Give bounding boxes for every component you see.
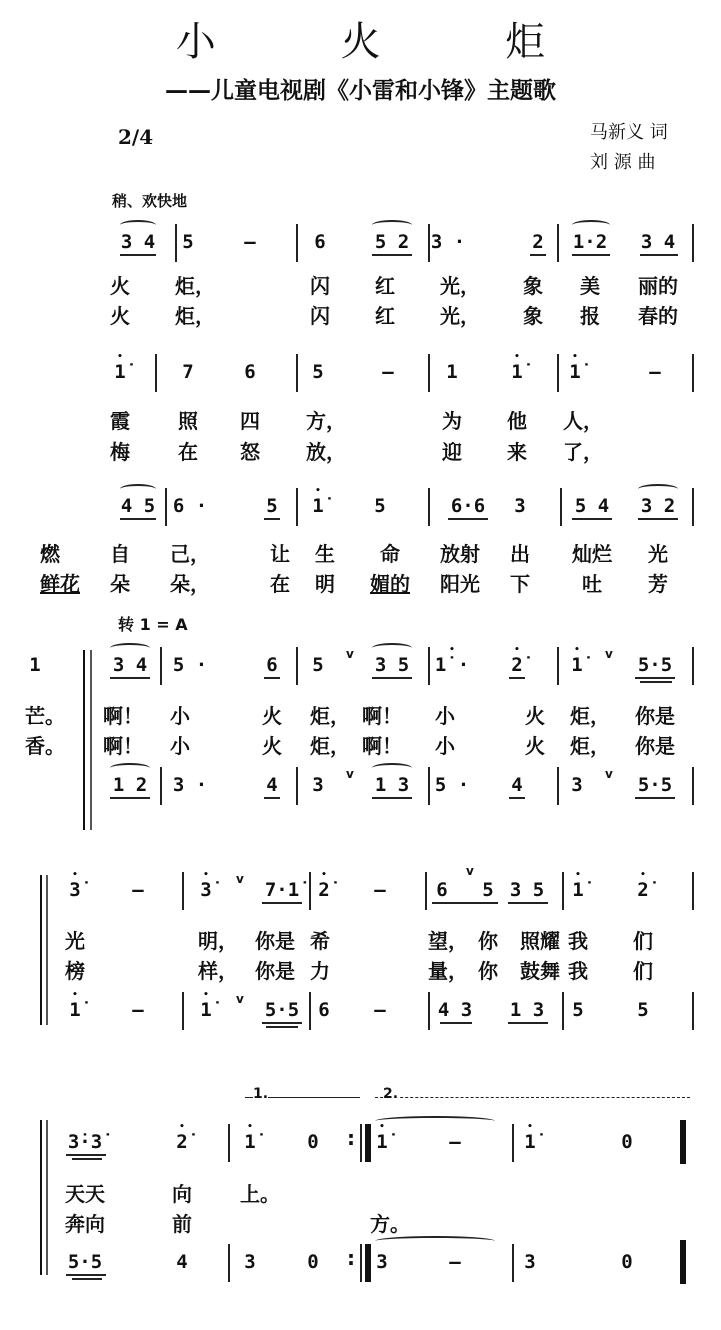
note: 6 [266, 645, 277, 685]
lyric-syllable: 照 [178, 405, 198, 434]
lyric-syllable: 红 [375, 270, 395, 299]
barline [160, 647, 162, 685]
beam-underline [508, 1022, 548, 1024]
breath-mark: v [605, 767, 613, 781]
note: 6 · [173, 486, 207, 526]
beam-underline [72, 1278, 102, 1280]
note: 0 [621, 1242, 632, 1282]
volta-1: 1. [245, 1097, 360, 1114]
thick-barline [365, 1124, 371, 1162]
note: 3 [376, 1242, 387, 1282]
note: 3 4 [641, 222, 675, 262]
lyric-syllable: 力 [310, 955, 330, 984]
lyric-syllable: 炬， [570, 700, 610, 729]
time-signature: 2/4 [118, 125, 153, 149]
barline [428, 354, 430, 392]
lyric-syllable: 鼓舞 [520, 955, 560, 984]
barline [692, 992, 694, 1030]
barline [155, 354, 157, 392]
lyric-syllable: 方。 [370, 1208, 410, 1237]
note: 1̇ [312, 486, 323, 526]
note: — [382, 352, 393, 392]
thick-barline [680, 1240, 686, 1284]
beam-underline [640, 254, 678, 256]
slur-arc [372, 763, 412, 773]
barline [165, 488, 167, 526]
beam-underline [264, 797, 280, 799]
note: 1̇ [571, 645, 582, 685]
thick-barline [680, 1120, 686, 1164]
slur-arc [375, 1236, 495, 1246]
lyric-syllable: 怒 [240, 436, 260, 465]
system-5-lower-notes: 1̇ — 1̇ v 5·5 6 — 4 3 1 3 5 5 [0, 990, 721, 1030]
barline [296, 767, 298, 805]
barline [309, 872, 311, 910]
lyric-syllable: 量， [428, 955, 468, 984]
note: 5 [312, 352, 323, 392]
slur-arc [372, 643, 412, 653]
note: 0 [307, 1242, 318, 1282]
lyric-syllable: 象 [523, 270, 543, 299]
barline [692, 224, 694, 262]
barline [512, 1124, 514, 1162]
barline [692, 354, 694, 392]
barline [182, 992, 184, 1030]
note: 1̇ [511, 352, 522, 392]
lyric-syllable: 我 [568, 925, 588, 954]
song-title: 小 火 炬 [0, 10, 721, 67]
composer-credit: 刘 源 曲 [590, 148, 655, 174]
lyric-syllable: 闪 [310, 300, 330, 329]
lyric-syllable: 小 [170, 730, 190, 759]
tempo-marking: 稍、欢快地 [112, 190, 187, 211]
lyric-syllable: 媚的 [370, 568, 410, 597]
lyric-syllable: 在 [178, 436, 198, 465]
note: 5·5 [638, 765, 672, 805]
note: — [374, 990, 385, 1030]
system-1-verse-2: 火 炬， 闪 红 光， 象 报 春的 [0, 300, 721, 324]
lyric-syllable: 霞 [110, 405, 130, 434]
barline [557, 767, 559, 805]
note: 7 [182, 352, 193, 392]
barline [562, 992, 564, 1030]
lyric-syllable: 火 [110, 270, 130, 299]
beam-underline [110, 797, 150, 799]
note: 4 3 [438, 990, 472, 1030]
note: 0 [621, 1122, 632, 1162]
lyric-syllable: 让 [270, 538, 290, 567]
breath-mark: v [236, 872, 244, 886]
barline [296, 354, 298, 392]
barline [160, 767, 162, 805]
lyric-syllable: 自 [110, 538, 130, 567]
barline [692, 872, 694, 910]
beam-underline [572, 518, 612, 520]
beam-underline [508, 902, 548, 904]
system-2-verse-1: 霞 照 四 方， 为 他 人， [0, 405, 721, 429]
lyric-syllable: 火 [262, 730, 282, 759]
beam-underline [635, 797, 675, 799]
lyric-syllable: 炬， [310, 730, 350, 759]
beam-underline [120, 518, 156, 520]
lyric-syllable: 命 [380, 538, 400, 567]
note: 2̇ [511, 645, 522, 685]
system-6-upper-notes: 3̇·3̇ 2̇ 1̇ 0 : 1̇ — 1̇ 0 [0, 1122, 721, 1162]
key-change-marking: 转 1 = A [118, 612, 188, 635]
note: 5 [572, 990, 583, 1030]
lyric-syllable: 小 [435, 730, 455, 759]
lyric-syllable: 四 [240, 405, 260, 434]
note: 5 [312, 645, 323, 685]
volta-2: 2. [375, 1097, 690, 1114]
lyric-syllable: 光 [648, 538, 668, 567]
beam-underline [372, 797, 412, 799]
barline [296, 488, 298, 526]
lyric-syllable: 燃 [40, 538, 60, 567]
system-4-lower-notes: 1 2 3 · 4 3 v 1 3 5 · 4 3 v 5·5 [0, 765, 721, 805]
note: 0 [307, 1122, 318, 1162]
beam-underline [264, 677, 280, 679]
lyric-syllable: 方， [306, 405, 346, 434]
barline [428, 992, 430, 1030]
system-2-verse-2: 梅 在 怒 放， 迎 来 了， [0, 436, 721, 460]
beam-underline [635, 677, 675, 679]
breath-mark: v [346, 767, 354, 781]
note: — [449, 1242, 460, 1282]
barline [692, 647, 694, 685]
note: 1 [446, 352, 457, 392]
beam-underline [110, 677, 150, 679]
slur-arc [572, 220, 610, 230]
lyric-syllable: 啊！ [362, 730, 402, 759]
lyric-syllable: 上。 [240, 1178, 280, 1207]
thick-barline [365, 1244, 371, 1282]
system-5-verse-2: 榜 样， 你是 力 量， 你 鼓舞 我 们 [0, 955, 721, 979]
lyric-syllable: 前 [172, 1208, 192, 1237]
note: 6 [244, 352, 255, 392]
note: 3̇ [200, 870, 211, 910]
lyric-syllable: 啊！ [362, 700, 402, 729]
lyricist-credit: 马新义 词 [590, 118, 668, 144]
lyric-syllable: 明， [198, 925, 238, 954]
beam-underline [440, 1022, 472, 1024]
system-5-verse-1: 光 明， 你是 希 望， 你 照耀 我 们 [0, 925, 721, 949]
barline [425, 872, 427, 910]
note: 2 [532, 222, 543, 262]
note: 6 [436, 870, 447, 910]
barline [428, 647, 430, 685]
lyric-syllable: 奔向 [65, 1208, 105, 1237]
lyric-syllable: 希 [310, 925, 330, 954]
song-subtitle: ——儿童电视剧《小雷和小锋》主题歌 [0, 72, 721, 105]
lyric-syllable: 你 [478, 955, 498, 984]
note: 2̇ [318, 870, 329, 910]
lyric-syllable: 向 [172, 1178, 192, 1207]
barline [428, 488, 430, 526]
repeat-sign: : [347, 1126, 355, 1150]
beam-underline [66, 1154, 106, 1156]
lyric-syllable: 火 [110, 300, 130, 329]
beam-underline [509, 797, 525, 799]
lyric-syllable: 你是 [255, 925, 295, 954]
lyric-syllable: 美 [580, 270, 600, 299]
barline [557, 354, 559, 392]
lyric-syllable: 你是 [635, 730, 675, 759]
lyric-syllable: 闪 [310, 270, 330, 299]
lyric-syllable: 榜 [65, 955, 85, 984]
breath-mark: v [346, 647, 354, 661]
beam-underline [262, 1022, 302, 1024]
note: — [449, 1122, 460, 1162]
lyric-syllable: 天天 [65, 1178, 105, 1207]
lyric-syllable: 报 [580, 300, 600, 329]
lyric-syllable: 朵 [110, 568, 130, 597]
note: 1̇ [376, 1122, 387, 1162]
lyric-syllable: 啊！ [103, 730, 143, 759]
note: 5·5 [638, 645, 672, 685]
note: 5 [266, 486, 277, 526]
barline [560, 488, 562, 526]
barline [428, 224, 430, 262]
lyric-syllable: 望， [428, 925, 468, 954]
barline [557, 647, 559, 685]
note: 5 [637, 990, 648, 1030]
note: — [374, 870, 385, 910]
beam-underline [640, 681, 672, 683]
barline [360, 1244, 362, 1282]
note: 6·6 [451, 486, 485, 526]
barline [296, 647, 298, 685]
slur-arc [120, 220, 156, 230]
lyric-syllable: 他 [507, 405, 527, 434]
slur-arc [372, 220, 412, 230]
barline [228, 1244, 230, 1282]
lyric-syllable: 放射 [440, 538, 480, 567]
beam-underline [120, 254, 156, 256]
note: 1̇ [69, 990, 80, 1030]
barline [228, 1124, 230, 1162]
note: 3 [312, 765, 323, 805]
lyric-syllable: 放， [306, 436, 346, 465]
note: 7·1̇ [265, 870, 299, 910]
lyric-syllable: 了， [563, 436, 603, 465]
lyric-syllable: 鲜花 [40, 568, 80, 597]
slur-arc [110, 763, 150, 773]
lyric-syllable: 为 [442, 405, 462, 434]
note: — [132, 990, 143, 1030]
barline [692, 488, 694, 526]
note: 5·5 [265, 990, 299, 1030]
lyric-syllable: 小 [170, 700, 190, 729]
note: 1 [29, 645, 40, 685]
note: 2. [383, 1086, 398, 1102]
lyric-syllable: 朵， [170, 568, 210, 597]
note: 5 · [173, 645, 207, 685]
barline [182, 872, 184, 910]
note: — [244, 222, 255, 262]
note: 6 [318, 990, 329, 1030]
lyric-syllable: 样， [198, 955, 238, 984]
system-6-verse-2: 奔向 前 方。 [0, 1208, 721, 1232]
lyric-syllable: 下 [510, 568, 530, 597]
note: 4 [511, 765, 522, 805]
system-1-notes: 3 4 5 — 6 5 2 3 · 2 1·2 3 4 [0, 222, 721, 262]
system-3-verse-1: 燃 自 己， 让 生 命 放射 出 灿烂 光 [0, 538, 721, 562]
slur-arc [110, 643, 150, 653]
barline [512, 1244, 514, 1282]
note: 1̇ [572, 870, 583, 910]
lyric-syllable: 迎 [442, 436, 462, 465]
system-2-notes: 1̇ 7 6 5 — 1 1̇ 1̇ — [0, 352, 721, 392]
note: 3̇·3̇ [68, 1122, 102, 1162]
beam-underline [372, 254, 412, 256]
beam-underline [262, 902, 302, 904]
note: 3 · [431, 222, 465, 262]
lyric-syllable: 芒。 [25, 700, 65, 729]
slur-arc [638, 484, 678, 494]
note: 3 · [173, 765, 207, 805]
note: 5 4 [575, 486, 609, 526]
lyric-syllable: 你是 [255, 955, 295, 984]
lyric-syllable: 吐 [582, 568, 602, 597]
lyric-syllable: 小 [435, 700, 455, 729]
note: 1̇ [244, 1122, 255, 1162]
system-5-upper-notes: 3̇ — 3̇ v 7·1̇ 2̇ — 6 v 5 3 5 1̇ 2̇ [0, 870, 721, 910]
barline [562, 872, 564, 910]
note: 1̇ · [435, 645, 469, 685]
lyric-syllable: 光 [65, 925, 85, 954]
beam-underline [638, 518, 678, 520]
beam-underline [72, 1158, 102, 1160]
note: 3̇ [69, 870, 80, 910]
note: 5·5 [68, 1242, 102, 1282]
beam-underline [432, 902, 498, 904]
system-4-upper-notes: 1 3 4 5 · 6 5 v 3 5 1̇ · 2̇ 1̇ v 5·5 [0, 645, 721, 685]
lyric-syllable: 来 [507, 436, 527, 465]
slur-arc [375, 1116, 495, 1126]
slur-arc [120, 484, 156, 494]
beam-underline [66, 1274, 106, 1276]
lyric-syllable: 灿烂 [572, 538, 612, 567]
lyric-syllable: 在 [270, 568, 290, 597]
note: 1̇ [200, 990, 211, 1030]
lyric-syllable: 啊！ [103, 700, 143, 729]
system-3-notes: 4 5 6 · 5 1̇ 5 6·6 3 5 4 3 2 [0, 486, 721, 526]
lyric-syllable: 丽的 [638, 270, 678, 299]
note: 3 [571, 765, 582, 805]
lyric-syllable: 香。 [25, 730, 65, 759]
system-6-lower-notes: 5·5 4 3 0 : 3 — 3 0 [0, 1242, 721, 1282]
system-4-verse-2: 香。 啊！ 小 火 炬， 啊！ 小 火 炬， 你是 [0, 730, 721, 754]
lyric-syllable: 光， [440, 270, 480, 299]
beam-underline [509, 677, 525, 679]
lyric-syllable: 光， [440, 300, 480, 329]
lyric-syllable: 出 [510, 538, 530, 567]
repeat-sign: : [347, 1246, 355, 1270]
system-3-verse-2: 鲜花 朵 朵， 在 明 媚的 阳光 下 吐 芳 [0, 568, 721, 592]
lyric-syllable: 火 [525, 730, 545, 759]
barline [360, 1124, 362, 1162]
lyric-syllable: 你 [478, 925, 498, 954]
lyric-syllable: 梅 [110, 436, 130, 465]
lyric-syllable: 照耀 [520, 925, 560, 954]
note: 3 [244, 1242, 255, 1282]
note: 1̇ [114, 352, 125, 392]
lyric-syllable: 们 [633, 925, 653, 954]
note: 1̇ [524, 1122, 535, 1162]
barline [309, 992, 311, 1030]
beam-underline [264, 518, 280, 520]
lyric-syllable: 你是 [635, 700, 675, 729]
lyric-syllable: 明 [315, 568, 335, 597]
breath-mark: v [236, 992, 244, 1006]
lyric-syllable: 人， [563, 405, 603, 434]
note: 5 [482, 870, 493, 910]
system-4-verse-1: 芒。 啊！ 小 火 炬， 啊！ 小 火 炬， 你是 [0, 700, 721, 724]
beam-underline [572, 254, 610, 256]
lyric-syllable: 春的 [638, 300, 678, 329]
note: 3 5 [510, 870, 544, 910]
lyric-syllable: 我 [568, 955, 588, 984]
lyric-syllable: 炬， [175, 270, 215, 299]
system-6-verse-1: 天天 向 上。 [0, 1178, 721, 1202]
barline [428, 767, 430, 805]
lyric-syllable: 炬， [570, 730, 610, 759]
note: 5 [182, 222, 193, 262]
beam-underline [266, 1026, 298, 1028]
note: 1̇ [569, 352, 580, 392]
lyric-syllable: 炬， [175, 300, 215, 329]
note: 3 [514, 486, 525, 526]
lyric-syllable: 生 [315, 538, 335, 567]
beam-underline [448, 518, 488, 520]
barline [692, 767, 694, 805]
note: 6 [314, 222, 325, 262]
note: — [132, 870, 143, 910]
lyric-syllable: 红 [375, 300, 395, 329]
note: — [649, 352, 660, 392]
lyric-syllable: 们 [633, 955, 653, 984]
breath-mark: v [466, 864, 474, 878]
beam-underline [372, 677, 412, 679]
note: 1 3 [510, 990, 544, 1030]
note: 5 [374, 486, 385, 526]
note: 2̇ [637, 870, 648, 910]
note: 1. [253, 1086, 268, 1102]
barline [557, 224, 559, 262]
lyric-syllable: 火 [262, 700, 282, 729]
note: 4 [176, 1242, 187, 1282]
barline [296, 224, 298, 262]
lyric-syllable: 阳光 [440, 568, 480, 597]
beam-underline [530, 254, 546, 256]
note: 3 [524, 1242, 535, 1282]
note: 2̇ [176, 1122, 187, 1162]
lyric-syllable: 芳 [648, 568, 668, 597]
lyric-syllable: 火 [525, 700, 545, 729]
system-1-verse-1: 火 炬， 闪 红 光， 象 美 丽的 [0, 270, 721, 294]
note: 4 [266, 765, 277, 805]
note: 5 · [435, 765, 469, 805]
lyric-syllable: 炬， [310, 700, 350, 729]
lyric-syllable: 己， [170, 538, 210, 567]
lyric-syllable: 象 [523, 300, 543, 329]
barline [175, 224, 177, 262]
breath-mark: v [605, 647, 613, 661]
